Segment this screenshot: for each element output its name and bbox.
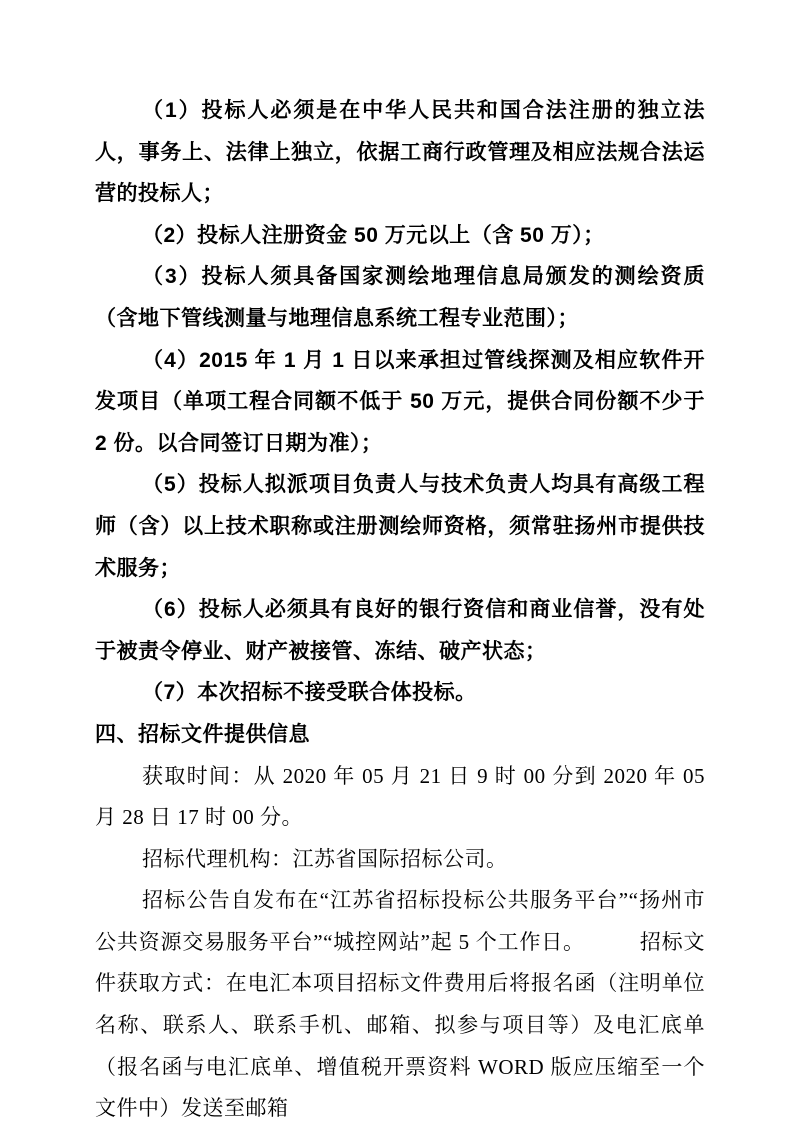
bidder-requirement-7: （7）本次招标不接受联合体投标。 (95, 672, 705, 714)
paragraph-tender-agency: 招标代理机构：江苏省国际招标公司。 (95, 839, 705, 881)
paragraph-obtain-time: 获取时间：从 2020 年 05 月 21 日 9 时 00 分到 2020 年… (95, 756, 705, 839)
bidder-requirement-1: （1）投标人必须是在中华人民共和国合法注册的独立法人，事务上、法律上独立，依据工… (95, 90, 705, 215)
paragraph-announcement-and-obtain-method: 招标公告自发布在“江苏省招标投标公共服务平台”“扬州市公共资源交易服务平台”“城… (95, 880, 705, 1122)
section-heading-tender-document-info: 四、招标文件提供信息 (95, 714, 705, 756)
document-page: （1）投标人必须是在中华人民共和国合法注册的独立法人，事务上、法律上独立，依据工… (0, 0, 793, 1122)
bidder-requirement-3: （3）投标人须具备国家测绘地理信息局颁发的测绘资质（含地下管线测量与地理信息系统… (95, 256, 705, 339)
bidder-requirement-2: （2）投标人注册资金 50 万元以上（含 50 万）； (95, 215, 705, 257)
bidder-requirement-5: （5）投标人拟派项目负责人与技术负责人均具有高级工程师（含）以上技术职称或注册测… (95, 464, 705, 589)
bidder-requirement-6: （6）投标人必须具有良好的银行资信和商业信誉，没有处于被责令停业、财产被接管、冻… (95, 589, 705, 672)
bidder-requirement-4: （4）2015 年 1 月 1 日以来承担过管线探测及相应软件开发项目（单项工程… (95, 340, 705, 465)
